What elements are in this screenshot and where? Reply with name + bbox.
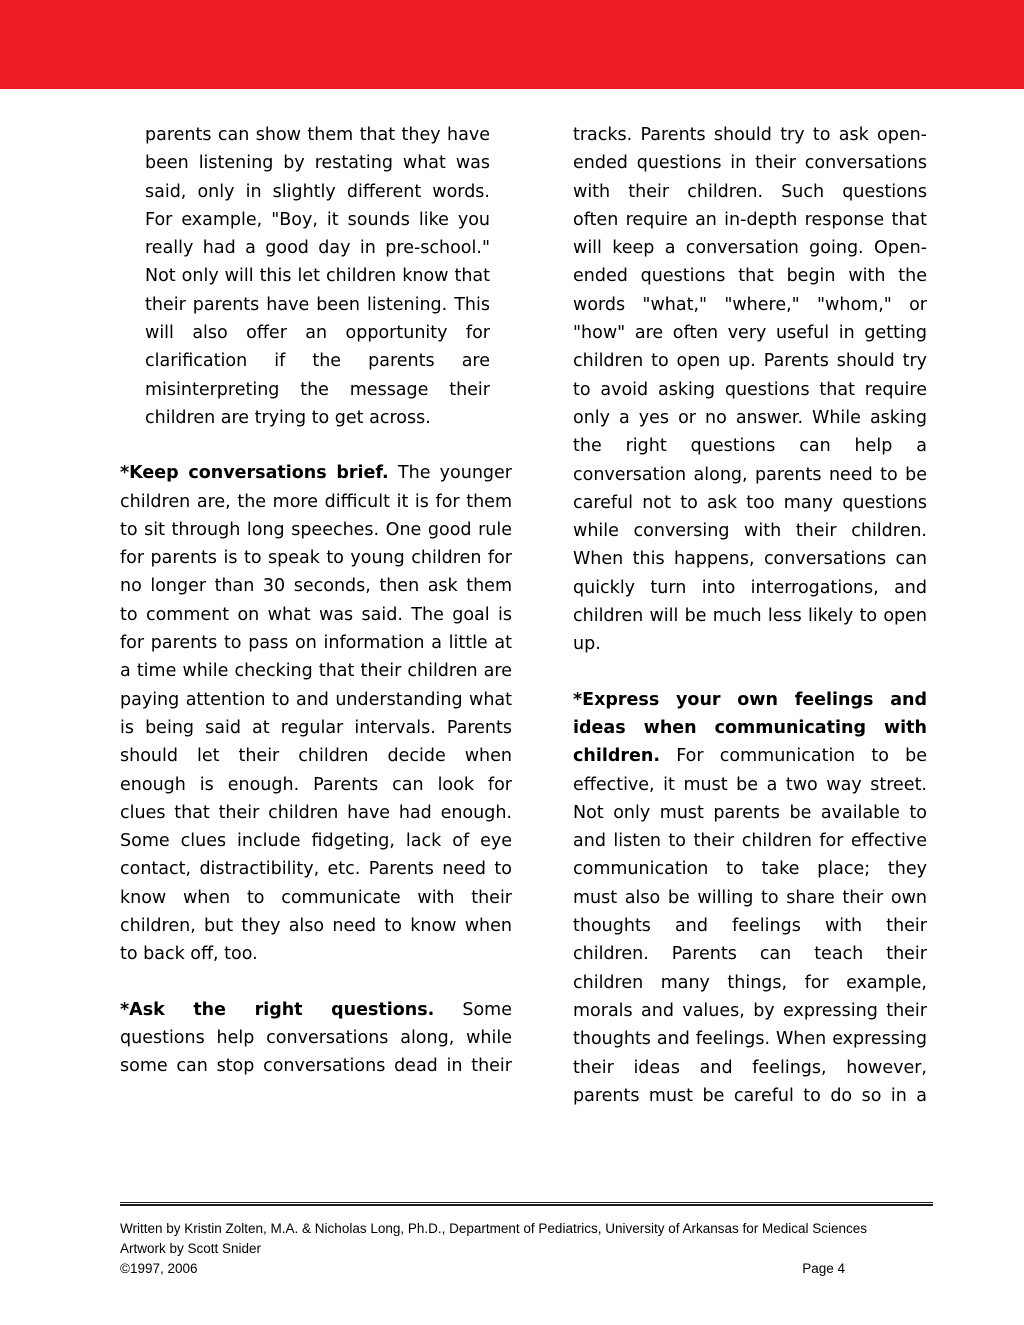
left-column: parents can show them that they have bee… [120, 121, 512, 1108]
paragraph: *Ask the right questions. Some questions… [120, 996, 512, 1081]
paragraph-text: For communication to be effective, it mu… [573, 746, 927, 1106]
red-top-banner [0, 0, 1024, 89]
document-page: parents can show them that they have bee… [0, 0, 1024, 1325]
footer-copyright: ©1997, 2006 [120, 1259, 198, 1279]
paragraph-text: tracks. Parents should try to ask open-e… [573, 125, 927, 654]
page-number: Page 4 [802, 1259, 845, 1279]
right-column: tracks. Parents should try to ask open-e… [573, 121, 927, 1137]
paragraph: parents can show them that they have bee… [145, 121, 490, 432]
paragraph-lead: *Keep conversations brief. [120, 463, 389, 483]
footer-separator [120, 1202, 933, 1206]
paragraph: *Express your own feelings and ideas whe… [573, 686, 927, 1110]
paragraph-text: parents can show them that they have bee… [145, 125, 490, 428]
footer: Written by Kristin Zolten, M.A. & Nichol… [120, 1219, 933, 1279]
footer-bottom-row: ©1997, 2006 Page 4 [120, 1259, 933, 1279]
paragraph-lead: *Ask the right questions. [120, 1000, 434, 1020]
footer-artwork: Artwork by Scott Snider [120, 1239, 933, 1259]
paragraph: *Keep conversations brief. The younger c… [120, 459, 512, 968]
paragraph-text: The younger children are, the more diffi… [120, 463, 512, 964]
footer-credits: Written by Kristin Zolten, M.A. & Nichol… [120, 1219, 933, 1239]
paragraph: tracks. Parents should try to ask open-e… [573, 121, 927, 659]
